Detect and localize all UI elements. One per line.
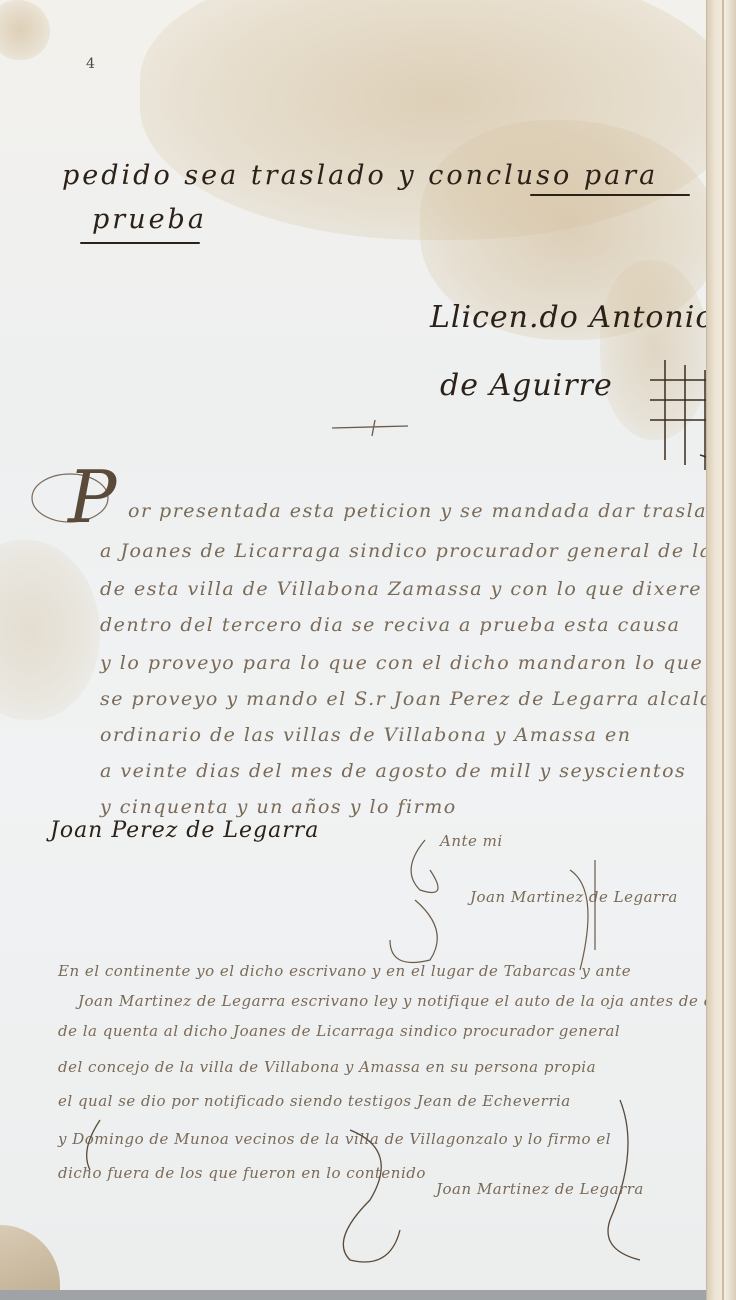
header-line-1: pedido sea traslado y concluso para: [62, 160, 658, 191]
decree-line: y lo proveyo para lo que con el dicho ma…: [100, 652, 703, 674]
decree-line: y cinquenta y un años y lo firmo: [100, 796, 457, 818]
header-underline: [530, 194, 690, 196]
water-stain: [0, 0, 50, 60]
cross-mark-icon: [330, 418, 410, 438]
page-edge: [706, 0, 736, 1300]
signature-flourish-icon: [640, 360, 708, 480]
decree-line: or presentada esta peticion y se mandada…: [128, 500, 708, 522]
notification-line: del concejo de la villa de Villabona y A…: [58, 1058, 596, 1076]
decree-line: de esta villa de Villabona Zamassa y con…: [100, 578, 702, 600]
notification-signature: Joan Martinez de Legarra: [436, 1180, 644, 1198]
dropcap-letter: P: [68, 455, 116, 539]
page-fold: [722, 0, 724, 1300]
decree-line: ordinario de las villas de Villabona y A…: [100, 724, 631, 746]
page-marker: 4: [86, 56, 95, 72]
notification-line: Joan Martinez de Legarra escrivano ley y…: [78, 992, 708, 1010]
decree-line: dentro del tercero dia se reciva a prueb…: [100, 614, 680, 636]
manuscript-page: 4 pedido sea traslado y concluso para pr…: [0, 0, 708, 1300]
decree-line: se proveyo y mando el S.r Joan Perez de …: [100, 688, 708, 710]
decree-line: a Joanes de Licarraga sindico procurador…: [100, 540, 708, 562]
signature-top-line-2: de Aguirre: [440, 368, 613, 403]
water-stain: [0, 540, 100, 720]
notary-flourish-icon: [370, 830, 630, 980]
notification-line: En el continente yo el dicho escrivano y…: [58, 962, 631, 980]
header-underline: [80, 242, 200, 244]
notification-line: de la quenta al dicho Joanes de Licarrag…: [58, 1022, 620, 1040]
signature-top-line-1: Llicen.do Antonio: [430, 300, 708, 335]
header-line-2: prueba: [92, 204, 207, 235]
scan-border: [0, 1290, 708, 1300]
decree-line: a veinte dias del mes de agosto de mill …: [100, 760, 686, 782]
decree-signature: Joan Perez de Legarra: [50, 818, 319, 843]
